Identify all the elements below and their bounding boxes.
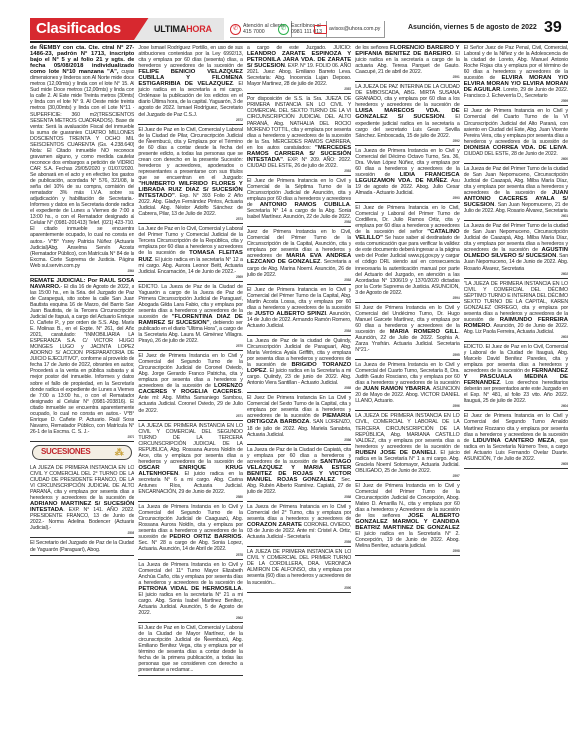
- publication-logo: ULTIMAHORA: [134, 18, 224, 40]
- notice-subject: ADRIANO MARTINEZ S/ SUCESIÓN INTESTADA: [30, 501, 134, 513]
- notice-subject: ELVIRA MORAN Y/O ELVIRA MORAN Y/O ELVIRA…: [464, 75, 568, 93]
- contact-value: 415 7000: [243, 29, 265, 35]
- notice-code: 2591: [355, 75, 459, 79]
- legal-notice: EDICTO. El Juez de Paz en lo Civil, Come…: [464, 343, 568, 411]
- legal-notice: El Juez de Primera Instancia en lo Civil…: [355, 482, 459, 557]
- legal-notice: El Secretario del Juzgado de Paz de la C…: [30, 539, 134, 555]
- notice-code: 2604: [464, 404, 568, 408]
- notice-code: 2583: [247, 278, 351, 282]
- legal-notice: REMATE JUDICIAL: Por RAUL SOSA NAVARRO.-…: [30, 277, 134, 442]
- notice-subject: OSCAR ENRIQUE KRUG ALTENHOFEN: [138, 465, 242, 477]
- notice-code: 2592: [355, 139, 459, 143]
- notice-subject: LIDUVINA CANTERO MEZA: [473, 438, 555, 444]
- issue-date: Asunción, viernes 5 de agosto de 2022: [408, 24, 537, 31]
- column-2: Jose Ismael Rodríguez Portillo, en uso d…: [138, 44, 242, 752]
- notice-code: 2587: [247, 87, 351, 91]
- notice-subject: JUSTO ALBERTO SPINZI: [255, 311, 327, 317]
- notice-code: 2595: [355, 353, 459, 357]
- notice-subject: LIDIA FRANCISCA LEGUIZAMON VDA. DE NUÑEZ: [355, 172, 459, 184]
- notice-subject: AGUSTIN OLMEDO SILVERO S/ SUCESION: [464, 247, 568, 259]
- notice-code: 2570: [138, 344, 242, 348]
- notice-subject: LUISA MARECOS VDA. DE GONZALEZ S/ SUCESI…: [355, 108, 459, 120]
- notice-code: 2586: [247, 438, 351, 442]
- notice-code: 2564: [30, 269, 134, 273]
- legal-notice: La Jueza de Primera Instancia en lo Civi…: [355, 361, 459, 411]
- legal-notice: El Juez de Primera Instancia en lo Civil…: [247, 177, 351, 227]
- notice-code: 2578: [138, 553, 242, 557]
- legal-notice: La Jueza de Primera Instancia en lo Civi…: [138, 503, 242, 559]
- legal-notice: Por disposición de S.S. la Sra. JUEZA DE…: [247, 95, 351, 176]
- legal-notice: La Jueza de Paz del Primer Turno de la c…: [464, 222, 568, 278]
- legal-notice: La Jueza de Primera Instancia en lo Civi…: [247, 503, 351, 547]
- notice-subject: LEANDRO ZARATE ESPINOZA Y PETRONILA JARA…: [247, 51, 351, 69]
- notice-code: 2573: [138, 217, 242, 221]
- notice-code: 2582: [247, 220, 351, 224]
- notice-code: 2597: [355, 474, 459, 478]
- notice-code: 2594: [355, 296, 459, 300]
- logo-prefix: ULTIMA: [154, 24, 186, 34]
- family-tree-icon: ⁂: [115, 449, 124, 455]
- notice-subject: CORAZON ZARATE: [247, 522, 302, 528]
- legal-notice: a cargo de este Juzgado. JUICIO: LEANDRO…: [247, 44, 351, 94]
- notice-subject: "CATALINO VELILLO": [355, 229, 459, 241]
- notice-subject: de ÑEMBY con cta. Cte. ctral N° 27-1486-…: [30, 45, 134, 75]
- column-1: de ÑEMBY con cta. Cte. ctral N° 27-1486-…: [30, 44, 134, 752]
- legal-notice: El Señor Juez de Paz Penal, Civil, Comer…: [464, 44, 568, 106]
- legal-notice: "LA JUEZA DE PRIMERA INSTANCIA EN LO CIV…: [464, 280, 568, 342]
- notice-subject: DIONISIA CORREA VDA. DE LEIVA: [464, 145, 567, 151]
- notice-subject: TOMASA FLEITAS RUIZ: [138, 250, 242, 262]
- page-header: Clasificados ULTIMAHORA ✆ Atención al cl…: [30, 18, 570, 40]
- legal-notice: La Jueza de Primera Instancia en lo Civi…: [355, 147, 459, 203]
- notice-code: 2600: [464, 157, 568, 161]
- notice-subject: MARIA ROMERO GILL: [390, 329, 459, 335]
- legal-notice: Juez de Primera Instancia en lo Civil, C…: [247, 228, 351, 284]
- notice-subject: MARIA EVA ANDREA LEZCANO DE GONZALEZ: [247, 253, 351, 265]
- notice-subject: RAIMUNDO FERREIRA ROMERO: [464, 317, 568, 329]
- notice-code: 2585: [247, 386, 351, 390]
- notice-code: 2572: [138, 118, 242, 122]
- legal-notice: LA JUEZA DE PRIMERA INSTANCIA EN LO CIVI…: [247, 548, 351, 592]
- email-contact: avisos@uhora.com.py: [314, 21, 385, 38]
- notice-subject: BRIGIDO TORANZO LOPEZ: [247, 362, 351, 374]
- legal-notice: El Juez de Primera Instancia en lo Civil…: [464, 412, 568, 468]
- notice-subject: JUAN RAMON YBARRA: [363, 386, 431, 392]
- legal-notice: La Jueza de Primera Instancia en lo Civi…: [138, 561, 242, 623]
- legal-notice: La Jueza de Paz de la ciudad de Quiindy,…: [247, 337, 351, 393]
- notice-subject: JOSE ALBERTO GONZALEZ MARMOL Y CANDIDA B…: [355, 513, 459, 531]
- column-3: a cargo de este Juzgado. JUICIO: LEANDRO…: [247, 44, 351, 752]
- notice-code: 2590: [247, 586, 351, 590]
- legal-notice: Jose Ismael Rodríguez Portillo, en uso d…: [138, 44, 242, 125]
- notice-subject: FLORENCIO BAREIRO Y EPIFANIA BENITEZ DE …: [355, 45, 459, 57]
- notice-code: 2584: [247, 329, 351, 333]
- notice-subject: PETRONA VIDAL DE HERMOSILLA: [138, 586, 241, 592]
- legal-notice: El Juez de Primera Instancia en lo Civil…: [138, 352, 242, 420]
- legal-notice: La Jueza de Paz del Primer Turno de la c…: [464, 165, 568, 221]
- notice-code: 2602: [464, 272, 568, 276]
- notice-code: 2605: [464, 462, 568, 466]
- notice-code: 2588: [247, 495, 351, 499]
- whatsapp-icon: ✆: [278, 24, 289, 35]
- notice-code: 2580: [138, 495, 242, 499]
- notice-code: 2589: [247, 540, 351, 544]
- legal-notice: LA JUEZA DE PRIMERA INSTANCIA EN LO CIVI…: [355, 412, 459, 480]
- notice-code: 2599: [464, 99, 568, 103]
- legal-notice: El Juez de Primera Instancia en lo Civil…: [464, 107, 568, 163]
- legal-notice: El Juez de Paz en lo Civil, Comercial y …: [138, 126, 242, 225]
- legal-notice: La Juez de Paz en lo Civil, Comercial y …: [138, 225, 242, 281]
- notice-subject: "HUMBERTO WILFRIDO FLORES Y LIBRADA RUIZ…: [138, 181, 242, 199]
- section-brand: Clasificados: [30, 18, 152, 40]
- notice-code: 2596: [355, 404, 459, 408]
- notice-code: 2572: [30, 435, 134, 439]
- notice-subject: FERNANDEZ Y PASCUALA MEDINA DE FERNANDEZ: [464, 368, 568, 386]
- legal-notice: LA JUEZA DE PRIMERA INSTANCIA EN LO CIVI…: [30, 464, 134, 539]
- contact-value: avisos@uhora.com.py: [329, 26, 380, 32]
- section-heading-sucesiones: SUCESIONES⁂: [32, 445, 132, 460]
- notice-code: 2603: [464, 335, 568, 339]
- notice-code: 2581: [247, 169, 351, 173]
- phone-icon: ✆: [230, 24, 241, 35]
- legal-notice: El Juez de Primera Instancia en lo Civil…: [247, 286, 351, 336]
- mail-icon: [314, 25, 327, 34]
- legal-notice: El Juez de Primera Instancia en lo Civil…: [355, 304, 459, 360]
- notice-code: 2593: [355, 196, 459, 200]
- notice-code: 2598: [355, 549, 459, 553]
- notice-subject: SANTIAGO VELAZQUEZ Y MARIA ESTER BENITEZ…: [247, 459, 351, 483]
- notice-code: 2562: [138, 616, 242, 620]
- notice-subject: REMATE JUDICIAL: Por RAUL SOSA NAVARRO.: [30, 278, 134, 290]
- legal-notice: de los señores FLORENCIO BAREIRO Y EPIFA…: [355, 44, 459, 82]
- notice-code: 2601: [464, 214, 568, 218]
- notice-subject: RUBEN JOSE DE DANIELI: [355, 450, 435, 456]
- legal-notice: La Jueza de Paz de la Ciudad de Capiatá,…: [247, 446, 351, 502]
- notice-subject: ANTONIO RAMOS CUBILLA: [260, 202, 350, 208]
- column-5: El Señor Juez de Paz Penal, Civil, Comer…: [464, 44, 568, 752]
- legal-notice: LA JUEZA DE PAZ INTERINA DE LA CIUDAD DE…: [355, 83, 459, 145]
- notice-subject: PEDRO ORTIZ BARRIOS: [169, 534, 241, 540]
- legal-notice: El Juez de Primera Instancia en lo Civil…: [355, 204, 459, 303]
- notice-code: 2571: [138, 414, 242, 418]
- notice-code: 2508: [30, 531, 134, 535]
- notice-subject: LORENZO CACERES Y ROGELIA CACERES: [138, 383, 242, 395]
- notice-subject: "MERCEDES RAMOS CARRERA S/ SUCESIÓN INTE…: [247, 145, 351, 163]
- legal-notice: El Juez De Primera Instancia En La Civil…: [247, 394, 351, 444]
- notice-subject: JUAN ANTONIO CACERES AYALA S/ SUCESION: [464, 190, 568, 208]
- legal-notice: EDICTO. La Jueza de Paz de la Ciudad de …: [138, 283, 242, 351]
- logo-suffix: HORA: [186, 24, 212, 34]
- legal-notice: El Juez de Paz en lo Civil, Comercial y …: [138, 624, 242, 676]
- section-label: SUCESIONES: [41, 449, 90, 455]
- column-4: de los señores FLORENCIO BAREIRO Y EPIFA…: [355, 44, 459, 752]
- legal-notice: de ÑEMBY con cta. Cte. ctral N° 27-1486-…: [30, 44, 134, 276]
- page-number: 39: [544, 19, 562, 37]
- notice-code: 2569: [138, 275, 242, 279]
- notice-subject: PIEMARIA ORTIGOZA BARBOZA: [247, 413, 351, 425]
- notice-subject: FELIPE BENICIO VELAZQUEZ CUBILLA Y FILOM…: [138, 69, 242, 87]
- header-rule: [30, 41, 568, 43]
- notice-subject: "FLORENTINA DIAZ DE RAMIREZ S/ SUCESION": [138, 314, 242, 326]
- classifieds-columns: de ÑEMBY con cta. Cte. ctral N° 27-1486-…: [30, 44, 568, 752]
- legal-notice: LA JUEZA DE PRIMERA INSTANCIA EN LO CIVI…: [138, 422, 242, 503]
